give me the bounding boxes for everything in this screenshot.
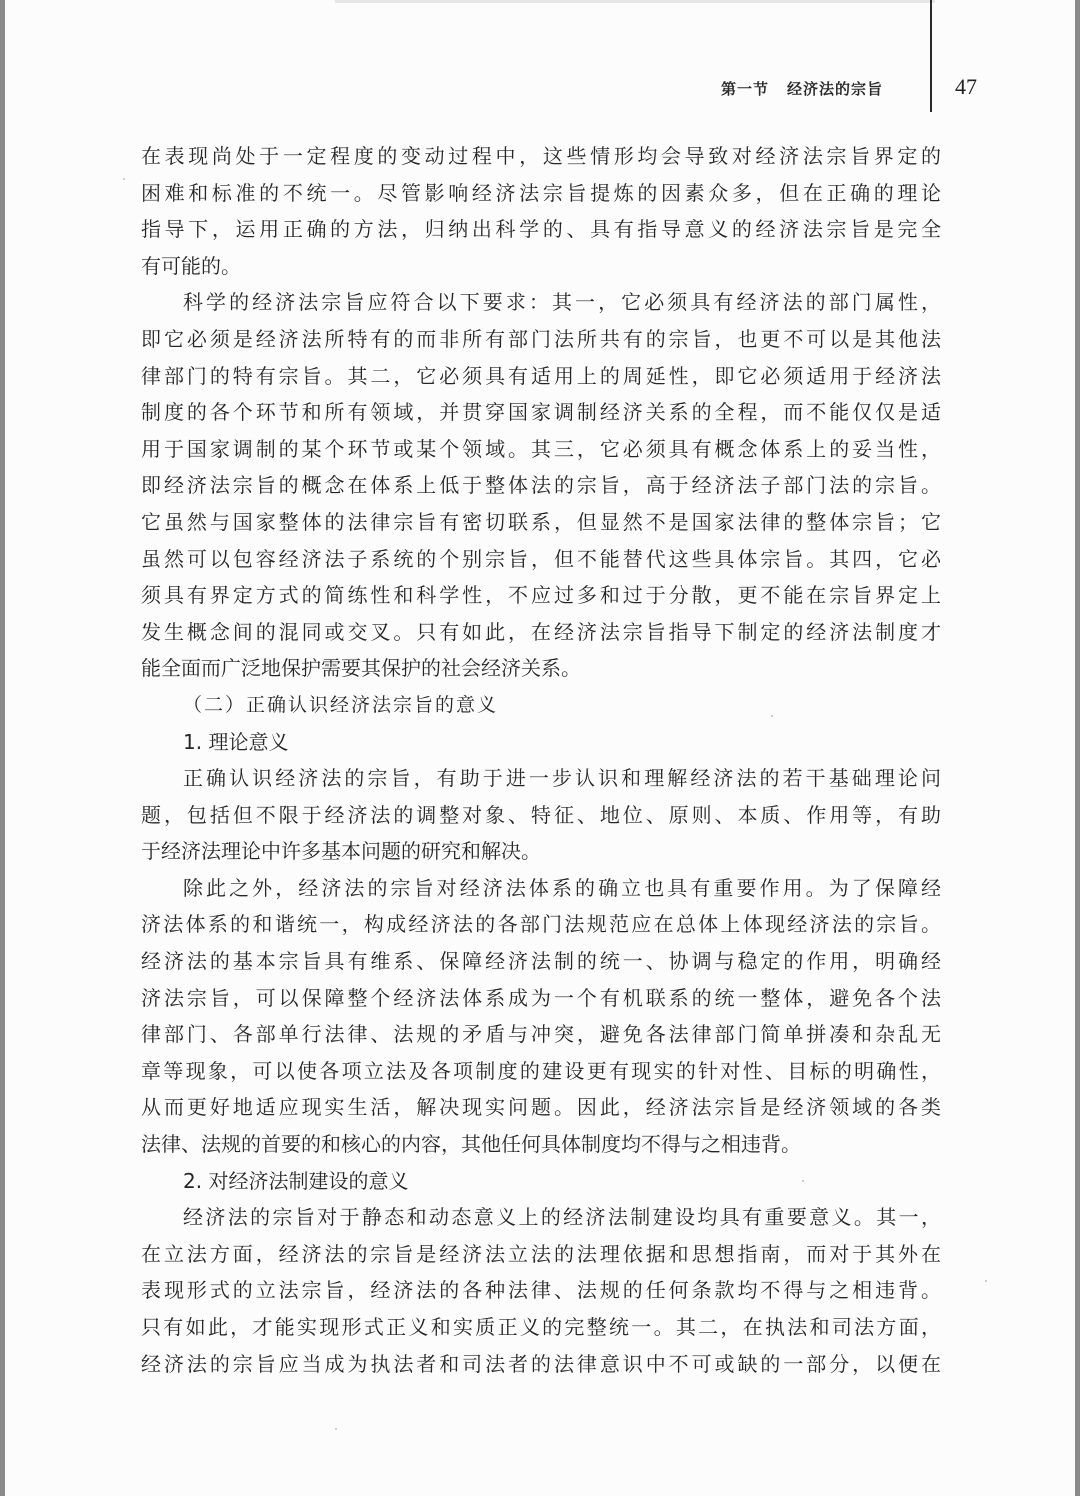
section-heading: （二）正确认识经济法宗旨的意义 <box>141 687 941 724</box>
text-line: 只有如此，才能实现形式正义和实质正义的完整统一。其二，在执法和司法方面， <box>141 1309 941 1346</box>
text-line: 指导下，运用正确的方法，归纳出科学的、具有指导意义的经济法宗旨是完全 <box>141 211 941 248</box>
text-line: 律部门的特有宗旨。其二，它必须具有适用上的周延性，即它必须适用于经济法 <box>141 358 941 395</box>
text-line: 虽然可以包容经济法子系统的个别宗旨，但不能替代这些具体宗旨。其四，它必 <box>141 541 941 578</box>
text-line: 须具有界定方式的简练性和科学性，不应过多和过于分散，更不能在宗旨界定上 <box>141 577 941 614</box>
text-line: 题，包括但不限于经济法的调整对象、特征、地位、原则、本质、作用等，有助 <box>141 797 941 834</box>
text-line: 科学的经济法宗旨应符合以下要求：其一，它必须具有经济法的部门属性， <box>141 284 941 321</box>
paragraph-4: 除此之外，经济法的宗旨对经济法体系的确立也具有重要作用。为了保障经 济法体系的和… <box>141 870 941 1163</box>
text-line: 济法宗旨，可以保障整个经济法体系成为一个有机联系的统一整体，避免各个法 <box>141 980 941 1017</box>
text-line: 律部门、各部单行法律、法规的矛盾与冲突，避免各法律部门简单拼凑和杂乱无 <box>141 1016 941 1053</box>
paragraph-1: 在表现尚处于一定程度的变动过程中，这些情形均会导致对经济法宗旨界定的 困难和标准… <box>141 138 941 284</box>
text-line: 有可能的。 <box>141 248 941 285</box>
scanned-page: 第一节经济法的宗旨 47 在表现尚处于一定程度的变动过程中，这些情形均会导致对经… <box>5 0 1075 1496</box>
running-head: 第一节经济法的宗旨 <box>721 78 883 99</box>
text-line: 济法体系的和谐统一，构成经济法的各部门法规范应在总体上体现经济法的宗旨。 <box>141 906 941 943</box>
viewer-right-edge <box>1075 0 1080 1496</box>
scan-speck <box>123 178 125 180</box>
text-line: 困难和标准的不统一。尽管影响经济法宗旨提炼的因素众多，但在正确的理论 <box>141 175 941 212</box>
paragraph-5: 经济法的宗旨对于静态和动态意义上的经济法制建设均具有重要意义。其一， 在立法方面… <box>141 1199 941 1382</box>
body-text: 在表现尚处于一定程度的变动过程中，这些情形均会导致对经济法宗旨界定的 困难和标准… <box>141 138 941 1382</box>
text-line: 发生概念间的混同或交叉。只有如此，在经济法宗旨指导下制定的经济法制度才 <box>141 614 941 651</box>
document-viewer: 第一节经济法的宗旨 47 在表现尚处于一定程度的变动过程中，这些情形均会导致对经… <box>0 0 1080 1496</box>
subsection-heading: 1. 理论意义 <box>141 724 941 761</box>
paragraph-2: 科学的经济法宗旨应符合以下要求：其一，它必须具有经济法的部门属性， 即它必须是经… <box>141 284 941 687</box>
text-line: 正确认识经济法的宗旨，有助于进一步认识和理解经济法的若干基础理论问 <box>141 760 941 797</box>
text-line: 经济法的基本宗旨具有维系、保障经济法制的统一、协调与稳定的作用，明确经 <box>141 943 941 980</box>
text-line: 用于国家调制的某个环节或某个领域。其三，它必须具有概念体系上的妥当性， <box>141 431 941 468</box>
text-line: 经济法的宗旨应当成为执法者和司法者的法律意识中不可或缺的一部分，以便在 <box>141 1346 941 1383</box>
page-number: 47 <box>955 74 977 100</box>
text-line: 能全面而广泛地保护需要其保护的社会经济关系。 <box>141 650 941 687</box>
text-line: 经济法的宗旨对于静态和动态意义上的经济法制建设均具有重要意义。其一， <box>141 1199 941 1236</box>
text-line: 表现形式的立法宗旨，经济法的各种法律、法规的任何条款均不得与之相违背。 <box>141 1272 941 1309</box>
subsection-heading: 2. 对经济法制建设的意义 <box>141 1163 941 1200</box>
text-line: 于经济法理论中许多基本问题的研究和解决。 <box>141 833 941 870</box>
section-label: 第一节 <box>721 80 769 98</box>
text-line: 章等现象，可以使各项立法及各项制度的建设更有现实的针对性、目标的明确性， <box>141 1053 941 1090</box>
header-divider-rule <box>930 0 932 112</box>
scan-speck <box>335 1428 337 1430</box>
scan-speck <box>985 1280 987 1282</box>
text-line: 除此之外，经济法的宗旨对经济法体系的确立也具有重要作用。为了保障经 <box>141 870 941 907</box>
text-line: 即它必须是经济法所特有的而非所有部门法所共有的宗旨，也更不可以是其他法 <box>141 321 941 358</box>
text-line: 在立法方面，经济法的宗旨是经济法立法的法理依据和思想指南，而对于其外在 <box>141 1236 941 1273</box>
text-line: 即经济法宗旨的概念在体系上低于整体法的宗旨，高于经济法子部门法的宗旨。 <box>141 467 941 504</box>
text-line: 从而更好地适应现实生活，解决现实问题。因此，经济法宗旨是经济领域的各类 <box>141 1089 941 1126</box>
paragraph-3: 正确认识经济法的宗旨，有助于进一步认识和理解经济法的若干基础理论问 题，包括但不… <box>141 760 941 870</box>
section-title: 经济法的宗旨 <box>787 80 883 98</box>
top-bleed-through <box>335 0 935 3</box>
text-line: 制度的各个环节和所有领域，并贯穿国家调制经济关系的全程，而不能仅仅是适 <box>141 394 941 431</box>
text-line: 在表现尚处于一定程度的变动过程中，这些情形均会导致对经济法宗旨界定的 <box>141 138 941 175</box>
text-line: 法律、法规的首要的和核心的内容，其他任何具体制度均不得与之相违背。 <box>141 1126 941 1163</box>
text-line: 它虽然与国家整体的法律宗旨有密切联系，但显然不是国家法律的整体宗旨；它 <box>141 504 941 541</box>
